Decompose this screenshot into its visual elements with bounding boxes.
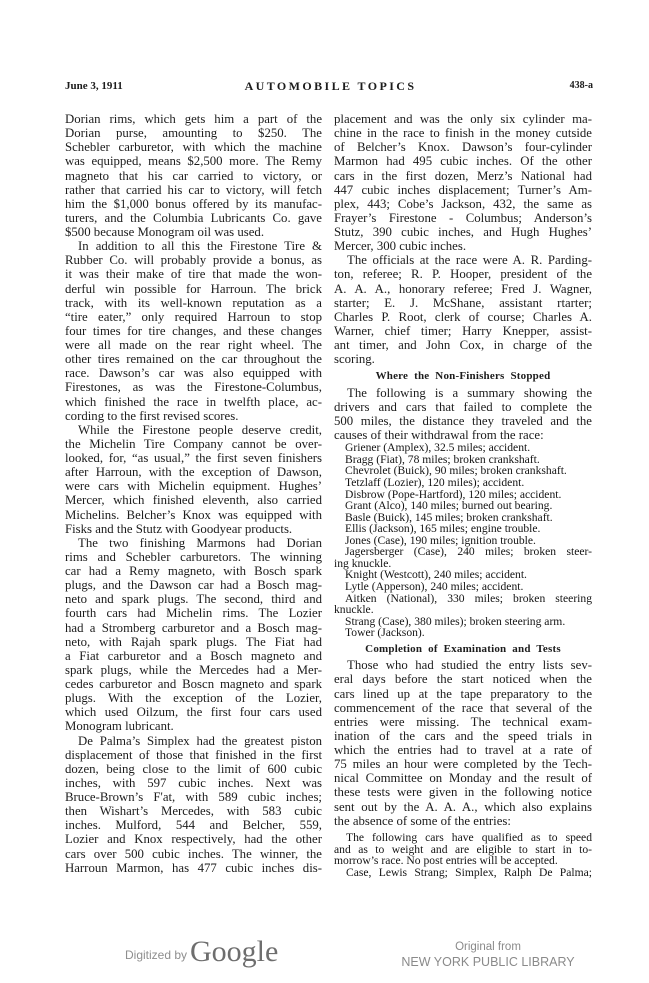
text-line: Mercer, which finished eleventh, also ca… (65, 493, 322, 507)
text-line: which finished the race in twelfth place… (65, 395, 322, 409)
text-line: $500 because Monogram oil was used. (65, 225, 322, 239)
issue-date: June 3, 1911 (65, 79, 123, 93)
text-line: neto, with Rajah spark plugs. The Fiat h… (65, 635, 322, 649)
text-line: ton, referee; R. P. Hooper, president of… (334, 267, 592, 281)
text-line: Michelins. Belcher’s Knox was equipped w… (65, 508, 322, 522)
text-line: these tests were given in the following … (334, 785, 592, 799)
text-line: was equipped, means $2,500 more. The Rem… (65, 154, 322, 168)
text-line: cedes carburetor and Boscn magneto and s… (65, 677, 322, 691)
text-line: turers, and the Columbia Lubricants Co. … (65, 211, 322, 225)
section-heading: Where the Non-Finishers Stopped (334, 369, 592, 383)
text-line: ant timer, and John Cox, in charge of th… (334, 338, 592, 352)
text-line: Tower (Jackson). (334, 627, 592, 639)
text-line: it was their make of tire that made the … (65, 267, 322, 281)
text-line: dozen, being close to the limit of 600 c… (65, 762, 322, 776)
paragraph: Those who had studied the entry lists se… (334, 658, 592, 828)
list-item: Grant (Alco), 140 miles; burned out bear… (334, 500, 592, 512)
text-line: which used Oilzum, the first four cars u… (65, 705, 322, 719)
paragraph: Dorian rims, which gets him a part of th… (65, 112, 322, 239)
text-line: Mercer, 300 cubic inches. (334, 239, 592, 253)
text-line: fourth cars had Michelin rims. The Lozie… (65, 606, 322, 620)
text-line: Case, Lewis Strang; Simplex, Ralph De Pa… (334, 867, 592, 879)
text-line: rims and Schebler carburetors. The winni… (65, 550, 322, 564)
text-line: Dorian purse, amounting to $250. The (65, 126, 322, 140)
text-line: De Palma’s Simplex had the greatest pist… (65, 734, 322, 748)
text-line: Fisks and the Stutz with Goodyear produc… (65, 522, 322, 536)
notice-paragraph: Case, Lewis Strang; Simplex, Ralph De Pa… (334, 867, 592, 879)
paragraph: The two finishing Marmons had Dorianrims… (65, 536, 322, 734)
text-line: 500 miles, the distance they traveled an… (334, 414, 592, 428)
text-line: derful win possible for Harroun. The bri… (65, 282, 322, 296)
text-line: looked, for, “as usual,” the first seven… (65, 451, 322, 465)
text-line: 75 miles an hour were completed by the T… (334, 757, 592, 771)
page-number: 438-a (570, 79, 593, 93)
text-line: commencement of the race that several of… (334, 701, 592, 715)
text-line: chine in the race to finish in the money… (334, 126, 592, 140)
text-line: starter; E. J. McShane, assistant rtarte… (334, 296, 592, 310)
text-line: Those who had studied the entry lists se… (334, 658, 592, 672)
text-line: inches. Mulford, 544 and Belcher, 559, (65, 818, 322, 832)
text-line: him the $1,000 bonus offered by its manu… (65, 197, 322, 211)
text-line: placement and was the only six cylinder … (334, 112, 592, 126)
text-line: after Harroun, with the exception of Daw… (65, 465, 322, 479)
text-line: Frayer’s Firestone - Columbus; Anderson’… (334, 211, 592, 225)
text-line: causes of their withdrawal from the race… (334, 428, 592, 442)
paragraph: The officials at the race were A. R. Par… (334, 253, 592, 366)
right-column: placement and was the only six cylinder … (334, 112, 592, 879)
list-item: Tetzlaff (Lozier), 120 miles); accident. (334, 477, 592, 489)
non-finishers-list: Griener (Amplex), 32.5 miles; accident.B… (334, 442, 592, 639)
text-line: Marmon had 495 cubic inches. Of the othe… (334, 154, 592, 168)
text-line: Charles P. Root, clerk of course; Charle… (334, 310, 592, 324)
text-line: car had a Remy magneto, with Bosch spark (65, 564, 322, 578)
text-line: The officials at the race were A. R. Par… (334, 253, 592, 267)
text-line: Schebler carburetor, with which the mach… (65, 140, 322, 154)
publication-title: AUTOMOBILE TOPICS (240, 79, 421, 93)
text-line: were cars with Michelin equipment. Hughe… (65, 479, 322, 493)
text-line: cording to the first revised scores. (65, 409, 322, 423)
text-line: displacement of those that finished in t… (65, 748, 322, 762)
text-line: drivers and cars that failed to complete… (334, 400, 592, 414)
library-attribution: Original from NEW YORK PUBLIC LIBRARY (388, 940, 588, 970)
list-item: Tower (Jackson). (334, 627, 592, 639)
google-logo: Google (190, 937, 278, 967)
text-line: Tetzlaff (Lozier), 120 miles); accident. (334, 477, 592, 489)
text-line: plex, 443; Cobe’s Jackson, 432, the same… (334, 197, 592, 211)
text-line: cars lined up at the tape preparatory to… (334, 687, 592, 701)
list-item: Aitken (National), 330 miles; broken ste… (334, 593, 592, 616)
text-line: the absence of some of the entries: (334, 814, 592, 828)
text-line: had a Stromberg carburetor and a Bosch m… (65, 621, 322, 635)
text-line: eral days before the start noticed when … (334, 672, 592, 686)
text-line: a Fiat carburetor and a Bosch magneto an… (65, 649, 322, 663)
text-line: “tire eater,” only required Harroun to s… (65, 310, 322, 324)
library-name: NEW YORK PUBLIC LIBRARY (388, 954, 588, 970)
text-line: inches, with 597 cubic inches. Next was (65, 776, 322, 790)
text-line: sent out by the A. A. A., which also exp… (334, 800, 592, 814)
text-line: Lozier and Knox respectively, had the ot… (65, 832, 322, 846)
text-line: other tires remained on the car througho… (65, 352, 322, 366)
text-line: which the entries had to travel at a rat… (334, 743, 592, 757)
text-line: track, with its well-known reputation as… (65, 296, 322, 310)
text-line: Grant (Alco), 140 miles; burned out bear… (334, 500, 592, 512)
paragraph: De Palma’s Simplex had the greatest pist… (65, 734, 322, 875)
text-line: Firestones, as was the Firestone-Columbu… (65, 380, 322, 394)
list-item: Jagersberger (Case), 240 miles; broken s… (334, 546, 592, 569)
text-line: Dorian rims, which gets him a part of th… (65, 112, 322, 126)
text-line: The following is a summary showing the (334, 386, 592, 400)
text-line: neto and spark plugs. The second, third … (65, 592, 322, 606)
text-line: Monogram lubricant. (65, 719, 322, 733)
paragraph: In addition to all this the Firestone Ti… (65, 239, 322, 423)
text-line: Rubber Co. will probably provide a bonus… (65, 253, 322, 267)
text-line: 447 cubic inches displacement; Turner’s … (334, 183, 592, 197)
text-line: magneto that his car carried to victory,… (65, 169, 322, 183)
text-line: four times for tire changes, and these c… (65, 324, 322, 338)
list-item: Lytle (Apperson), 240 miles; accident. (334, 581, 592, 593)
text-line: plugs, and the Dawson car had a Bosch ma… (65, 578, 322, 592)
text-line: the Michelin Tire Company cannot be over… (65, 437, 322, 451)
text-line: knuckle. (334, 604, 592, 616)
text-line: cars in the first dozen, Merz’s National… (334, 169, 592, 183)
left-column: Dorian rims, which gets him a part of th… (65, 112, 322, 875)
text-line: While the Firestone people deserve credi… (65, 423, 322, 437)
paragraph: While the Firestone people deserve credi… (65, 423, 322, 536)
text-line: Warner, chief timer; Harry Knepper, assi… (334, 324, 592, 338)
text-line: nical Committee on Monday and the result… (334, 771, 592, 785)
text-line: entries were missing. The technical exam… (334, 715, 592, 729)
text-line: Harroun Marmon, has 477 cubic inches dis… (65, 861, 322, 875)
text-line: cars over 500 cubic inches. The winner, … (65, 847, 322, 861)
text-line: scoring. (334, 352, 592, 366)
text-line: race. Dawson’s car was also equipped wit… (65, 366, 322, 380)
text-line: Stutz, 390 cubic inches, and Hugh Hughes… (334, 225, 592, 239)
text-line: spark plugs, while the Mercedes had a Me… (65, 663, 322, 677)
text-line: rather that carried his car to victory, … (65, 183, 322, 197)
text-line: The two finishing Marmons had Dorian (65, 536, 322, 550)
text-line: The following cars have qualified as to … (334, 832, 592, 844)
paragraph: The following is a summary showing thedr… (334, 386, 592, 443)
digitized-by-label: Digitized by (125, 948, 187, 962)
text-line: Lytle (Apperson), 240 miles; accident. (334, 581, 592, 593)
original-from-label: Original from (388, 940, 588, 954)
text-line: A. A. A., honorary referee; Fred J. Wagn… (334, 282, 592, 296)
text-line: ination of the cars and the speed trials… (334, 729, 592, 743)
text-line: plugs. With the exception of the Lozier, (65, 691, 322, 705)
paragraph: placement and was the only six cylinder … (334, 112, 592, 253)
text-line: then Wishart’s Mercedes, with 583 cubic (65, 804, 322, 818)
text-line: were all made on the rear right wheel. T… (65, 338, 322, 352)
section-heading: Completion of Examination and Tests (334, 642, 592, 656)
text-line: of Belcher’s Knox. Dawson’s four-cylinde… (334, 140, 592, 154)
text-line: In addition to all this the Firestone Ti… (65, 239, 322, 253)
text-line: Bruce-Brown’s F'at, with 589 cubic inche… (65, 790, 322, 804)
notice-paragraph: The following cars have qualified as to … (334, 832, 592, 867)
